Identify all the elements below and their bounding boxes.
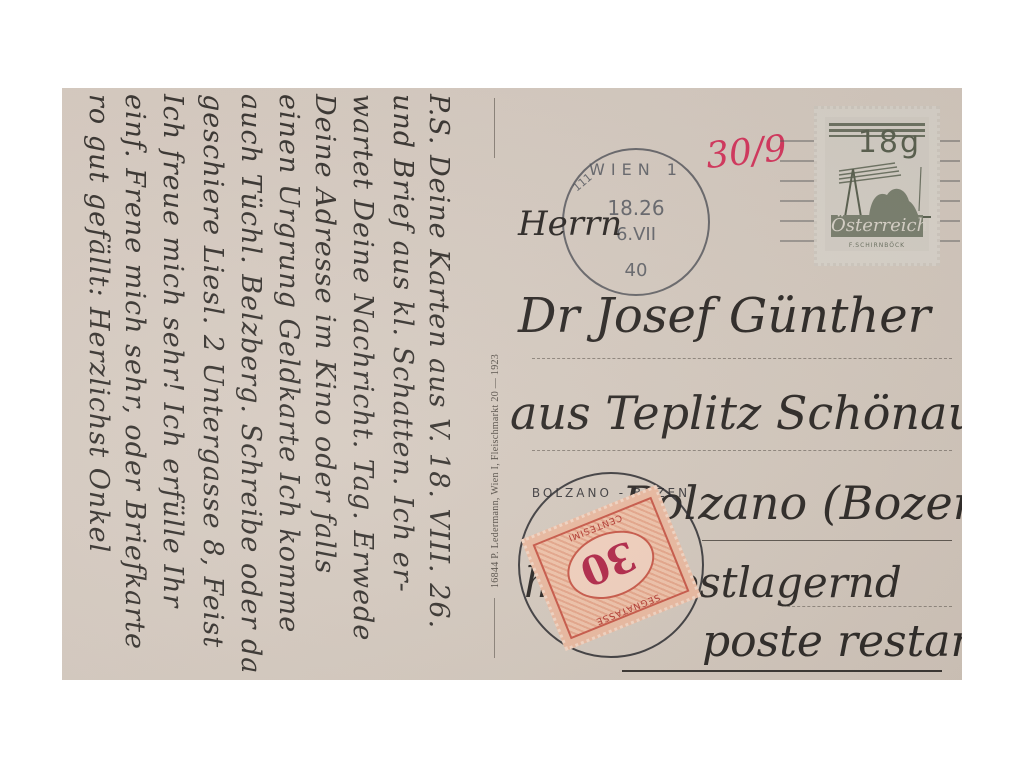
message-line: und Brief aus kl. Schatten. Ich er- <box>384 88 420 680</box>
message-text: wartet Deine Nachricht. Tag. Erwede <box>347 94 378 641</box>
address-salutation: Herrn <box>518 204 622 244</box>
message-line: wartet Deine Nachricht. Tag. Erwede <box>344 88 380 680</box>
printer-imprint: 16844 P. Ledermann, Wien I, Fleischmarkt… <box>490 354 501 588</box>
postmark-station: 40 <box>564 260 708 281</box>
message-line: geschiere Liesl. 2 Untergasse 8, Feist <box>194 88 230 680</box>
address-from: aus Teplitz Schönau <box>510 386 962 440</box>
message-text: ro gut gefällt: Herzlichst Onkel <box>83 94 114 553</box>
stamp-country: Österreich <box>831 215 923 237</box>
haystack-scene-icon <box>835 161 931 221</box>
message-line: einen Urgrung Geldkarte Ich komme <box>270 88 306 680</box>
address-rule <box>532 450 952 451</box>
address-underline <box>622 670 942 672</box>
message-line: Deine Adresse im Kino oder falls <box>306 88 342 680</box>
message-line: Ich freue mich sehr! Ich erfülle Ihr <box>154 88 190 680</box>
address-restante: poste restante <box>702 616 962 667</box>
message-line: P.S. Deine Karten aus V. 18. VIII. 26. <box>420 88 456 680</box>
austria-stamp: 18g Österreich F.SCHIRNBÖCK <box>814 106 940 266</box>
address-rule <box>782 606 952 607</box>
postcard: ro gut gefällt: Herzlichst Onkel einf. F… <box>62 88 962 680</box>
message-line: auch Tüchl. Belzberg. Schreibe oder da <box>232 88 268 680</box>
address-name: Dr Josef Günther <box>518 288 931 344</box>
message-line: einf. Frene mich sehr, oder Briefkarte <box>116 88 152 680</box>
stamp-value: 18g <box>858 125 921 160</box>
message-text: auch Tüchl. Belzberg. Schreibe oder da <box>235 94 266 674</box>
message-line: ro gut gefällt: Herzlichst Onkel <box>80 88 116 680</box>
stamp-inner: 18g Österreich F.SCHIRNBÖCK <box>825 117 929 251</box>
message-text: P.S. Deine Karten aus V. 18. VIII. 26. <box>423 94 454 629</box>
divider-line <box>494 598 495 658</box>
message-text: einf. Frene mich sehr, oder Briefkarte <box>119 94 150 650</box>
red-annotation: 30/9 <box>704 128 789 177</box>
message-text: Ich freue mich sehr! Ich erfülle Ihr <box>157 94 188 608</box>
address-underline <box>702 540 952 541</box>
message-text: geschiere Liesl. 2 Untergasse 8, Feist <box>197 94 228 648</box>
address-rule <box>532 358 952 359</box>
divider-line <box>494 98 495 158</box>
message-text: Deine Adresse im Kino oder falls <box>309 94 340 574</box>
message-text: und Brief aus kl. Schatten. Ich er- <box>387 94 418 593</box>
stamp-engraver: F.SCHIRNBÖCK <box>825 242 929 249</box>
message-text: einen Urgrung Geldkarte Ich komme <box>273 94 304 633</box>
